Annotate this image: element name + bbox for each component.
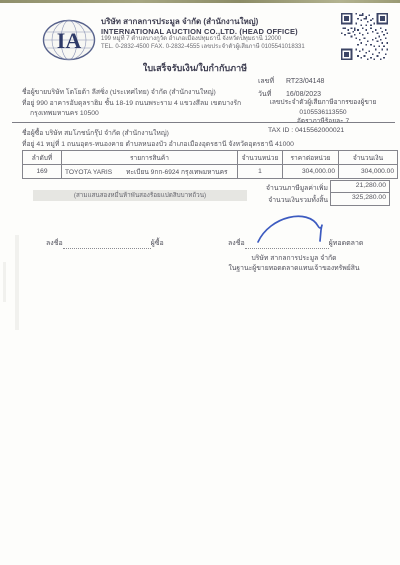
line-items-table: ลำดับที่ รายการสินค้า จำนวนหน่วย ราคาต่อ… [22, 150, 398, 179]
doc-number-value: RT23/04148 [286, 78, 324, 85]
table-row: 169 TOYOTA YARISทะเบียน 9กก-6924 กรุงเทพ… [23, 165, 398, 179]
item-no: 169 [23, 165, 62, 179]
buyer-address-line: ที่อยู่ 41 หมู่ที่ 1 ถนนอุดร-หนองคาย ตำบ… [22, 138, 382, 149]
document-title: ใบเสร็จรับเงิน/ใบกำกับภาษี [0, 61, 390, 75]
buyer-name-line: ชื่อผู้ซื้อ บริษัท สมโภชน์กรุ๊ป จำกัด (ส… [22, 127, 252, 138]
company-logo-globe-icon: IA [42, 19, 96, 61]
item-amount: 304,000.00 [339, 165, 398, 179]
signature-dotted-line [245, 241, 329, 249]
grand-total-amount: 325,280.00 [330, 192, 390, 206]
section-divider [12, 122, 395, 123]
item-description: TOYOTA YARISทะเบียน 9กก-6924 กรุงเทพมหาน… [62, 165, 238, 179]
company-contact: TEL. 0-2832-4500 FAX. 0-2832-4555 เลขประ… [101, 44, 336, 52]
company-name-th: บริษัท สากลการประมูล จำกัด (สำนักงานใหญ่… [101, 17, 336, 27]
buyer-taxid: TAX ID : 0415562000021 [268, 127, 344, 134]
col-header-no: ลำดับที่ [23, 151, 62, 165]
sign-label: ลงชื่อ [228, 240, 245, 247]
auctioneer-signature-line: ลงชื่อผู้ทอดตลาด [228, 238, 363, 249]
doc-number-line: เลขที่ RT23/04148 [258, 76, 324, 87]
seller-address-line2: กรุงเทพมหานคร 10500 [30, 107, 265, 118]
scan-top-edge [0, 0, 400, 3]
svg-text:IA: IA [57, 28, 82, 53]
col-header-amount: จำนวนเงิน [339, 151, 398, 165]
doc-date-value: 16/08/2023 [286, 91, 321, 98]
item-unit-price: 304,000.00 [283, 165, 339, 179]
col-header-qty: จำนวนหน่วย [238, 151, 283, 165]
sign-label: ลงชื่อ [46, 240, 63, 247]
signature-dotted-line [63, 241, 151, 249]
scan-artifact [3, 262, 6, 302]
grand-total-label: จำนวนเงินรวมทั้งสิ้น [182, 194, 328, 205]
item-model: TOYOTA YARIS [65, 169, 112, 176]
buyer-signature-line: ลงชื่อผู้ซื้อ [46, 238, 164, 249]
scan-artifact [15, 235, 19, 330]
buyer-role-label: ผู้ซื้อ [151, 240, 164, 247]
auctioneer-role-label: ผู้ทอดตลาด [329, 240, 364, 247]
item-plate: ทะเบียน 9กก-6924 กรุงเทพมหานคร [126, 169, 227, 176]
col-header-unit-price: ราคาต่อหน่วย [283, 151, 339, 165]
table-header-row: ลำดับที่ รายการสินค้า จำนวนหน่วย ราคาต่อ… [23, 151, 398, 165]
auctioneer-note: ในฐานะผู้ขายทอดตลาดแทนเจ้าของทรัพย์สิน [200, 262, 388, 273]
receipt-tax-invoice-document: IA บริษัท สากลการประมูล จำกัด (สำนักงานใ… [0, 0, 400, 565]
seller-taxid-label: เลขประจำตัวผู้เสียภาษีอากรของผู้ขาย [248, 98, 398, 108]
seller-name-line: ชื่อผู้ขายบริษัท โตโยต้า ลีสซิ่ง (ประเทศ… [22, 86, 257, 97]
company-header-block: บริษัท สากลการประมูล จำกัด (สำนักงานใหญ่… [101, 17, 336, 51]
company-address: 199 หมู่ที่ 7 ตำบลบางกูวัด อำเภอเมืองปทุ… [101, 36, 336, 44]
company-name-en: INTERNATIONAL AUCTION CO.,LTD. (HEAD OFF… [101, 27, 336, 36]
seller-taxid-value: 0105536113550 [248, 108, 398, 118]
qr-code [341, 13, 388, 60]
item-qty: 1 [238, 165, 283, 179]
doc-number-label: เลขที่ [258, 76, 284, 87]
col-header-description: รายการสินค้า [62, 151, 238, 165]
